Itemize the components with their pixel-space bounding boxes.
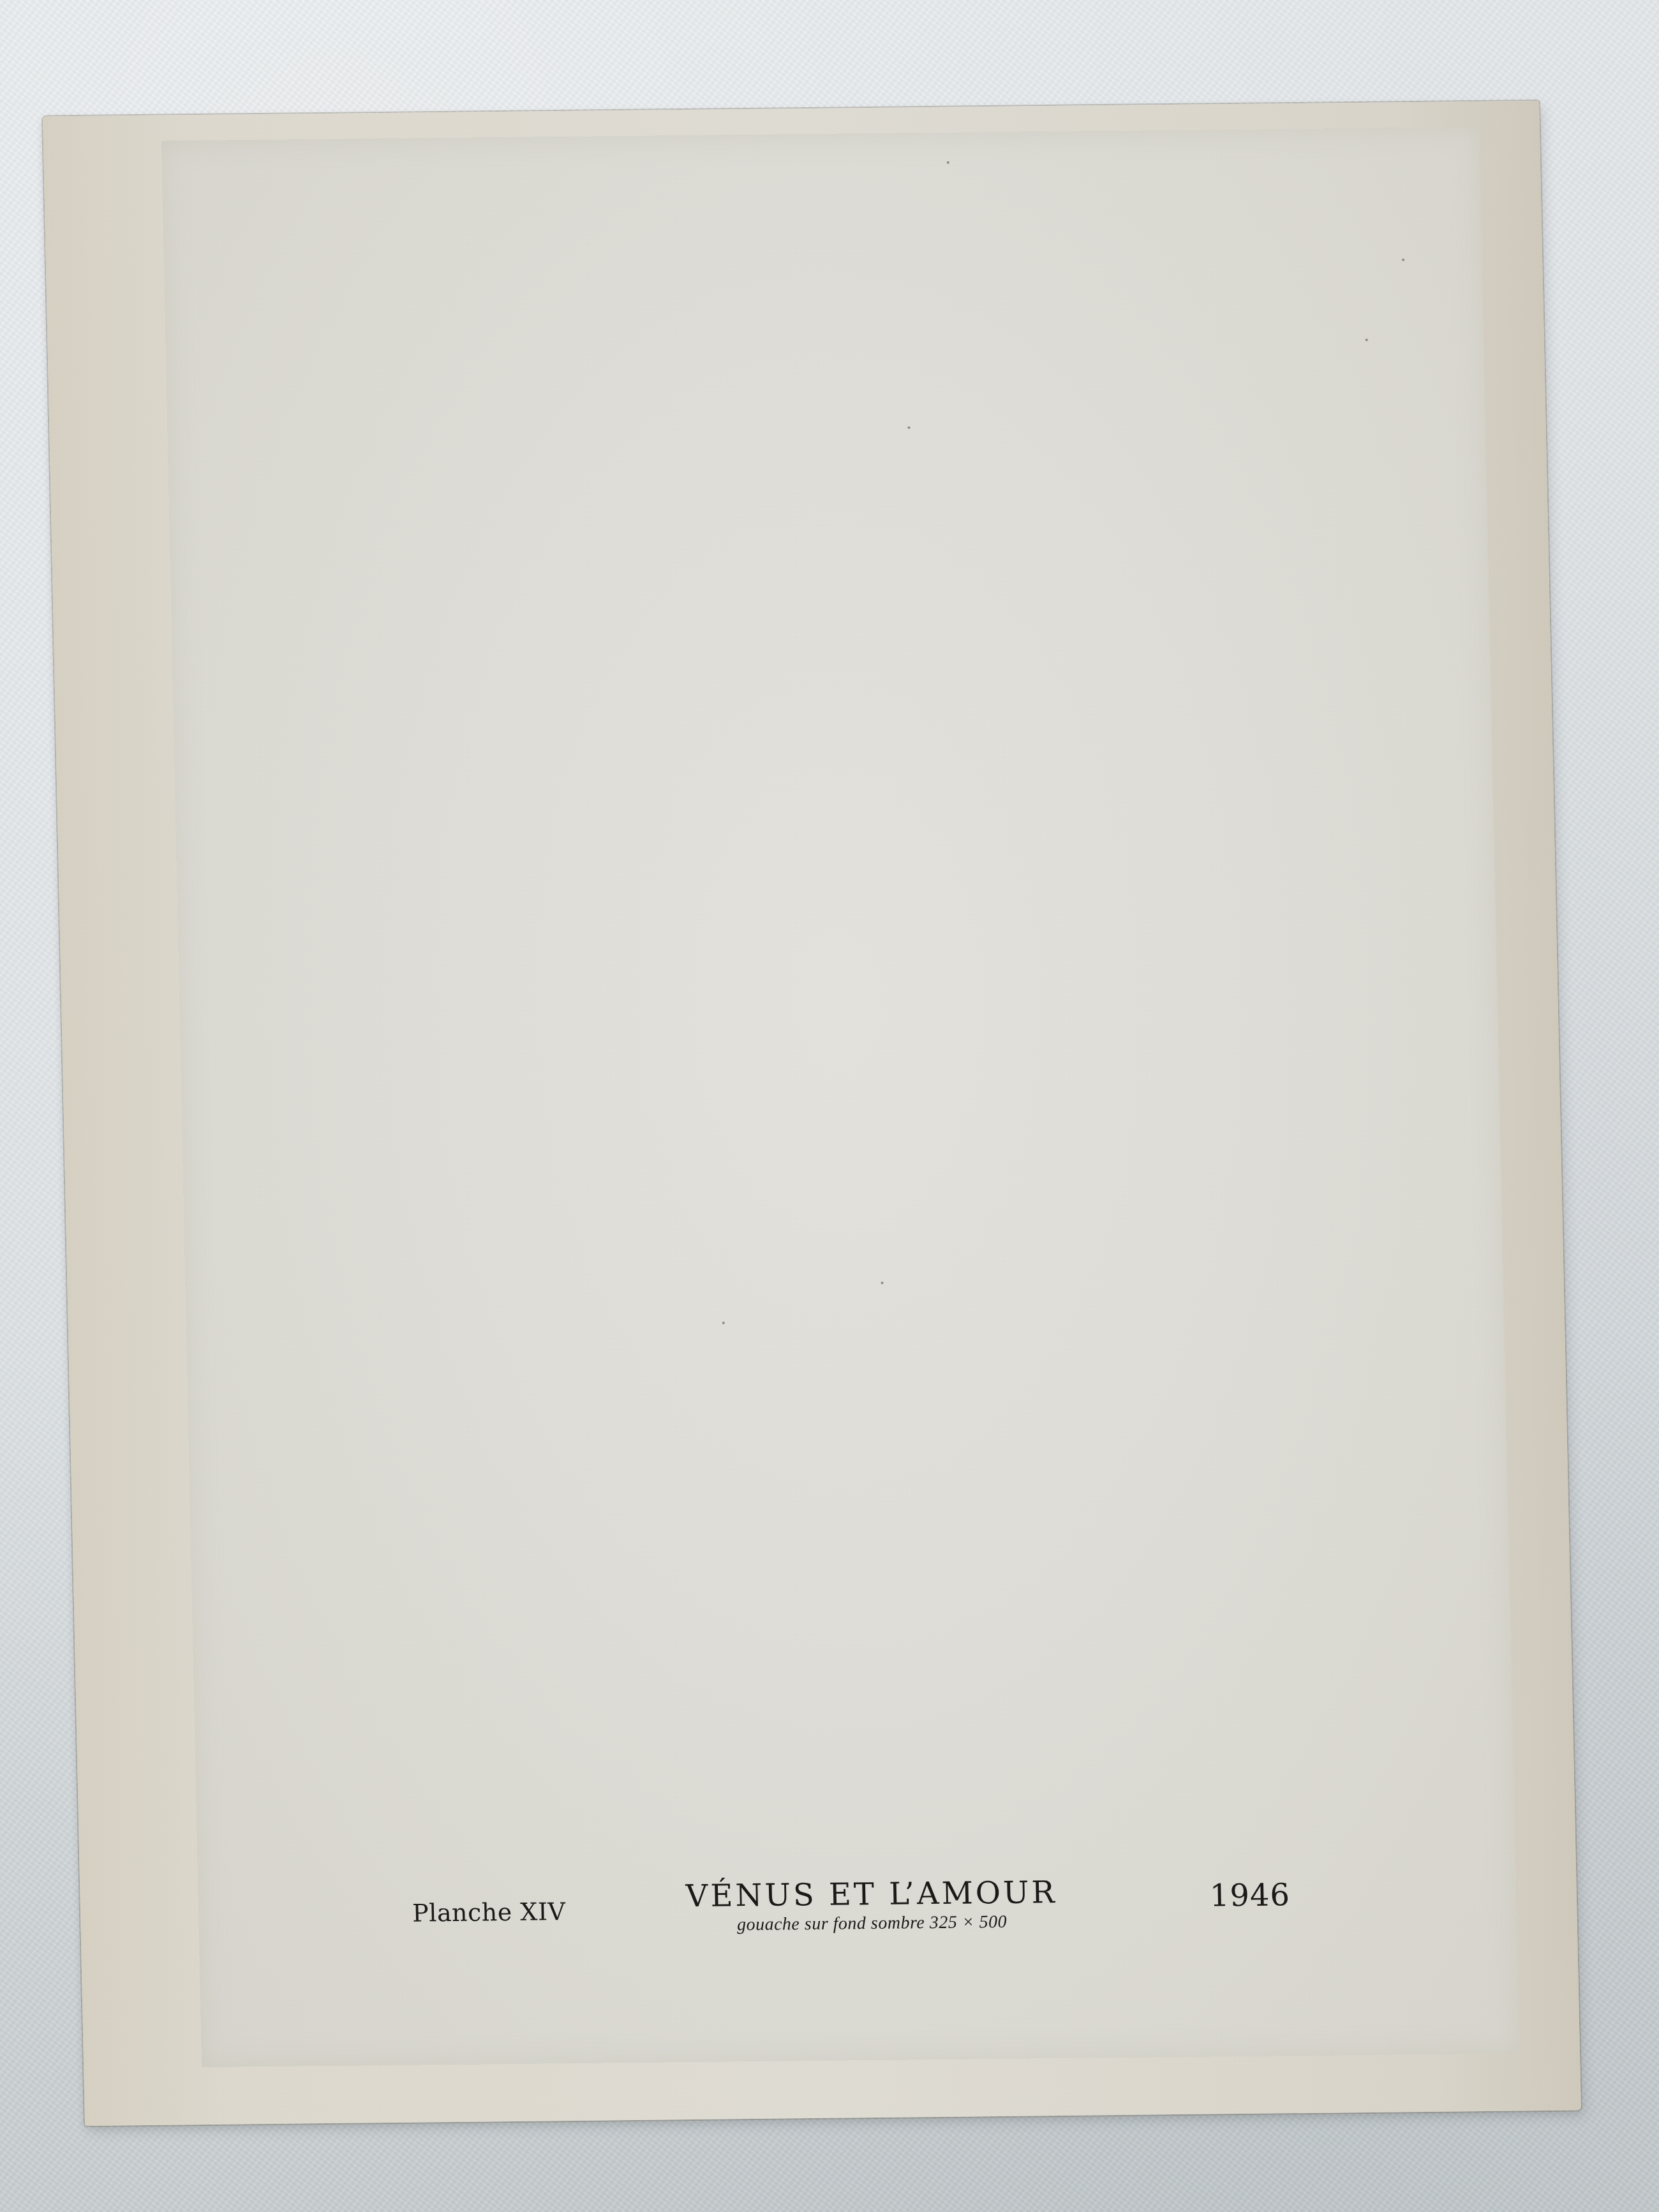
title-block: VÉNUS ET L’AMOUR gouache sur fond sombre… bbox=[641, 1873, 1102, 1936]
paper-speck bbox=[881, 1282, 884, 1284]
artwork-title: VÉNUS ET L’AMOUR bbox=[641, 1873, 1101, 1916]
paper-speck bbox=[1365, 339, 1368, 341]
paper-sheet: Planche XIV VÉNUS ET L’AMOUR gouache sur… bbox=[43, 101, 1581, 2126]
plate-caption: Planche XIV VÉNUS ET L’AMOUR gouache sur… bbox=[80, 1868, 1577, 1961]
paper-speck bbox=[722, 1321, 725, 1324]
artwork-year: 1946 bbox=[1209, 1877, 1290, 1913]
plate-area bbox=[161, 127, 1519, 2067]
paper-speck bbox=[1402, 258, 1404, 261]
paper-speck bbox=[907, 426, 910, 429]
paper-speck bbox=[947, 161, 949, 164]
plate-number: Planche XIV bbox=[412, 1897, 566, 1927]
photo-background: { "document": { "type": "art print plate… bbox=[0, 0, 1659, 2212]
